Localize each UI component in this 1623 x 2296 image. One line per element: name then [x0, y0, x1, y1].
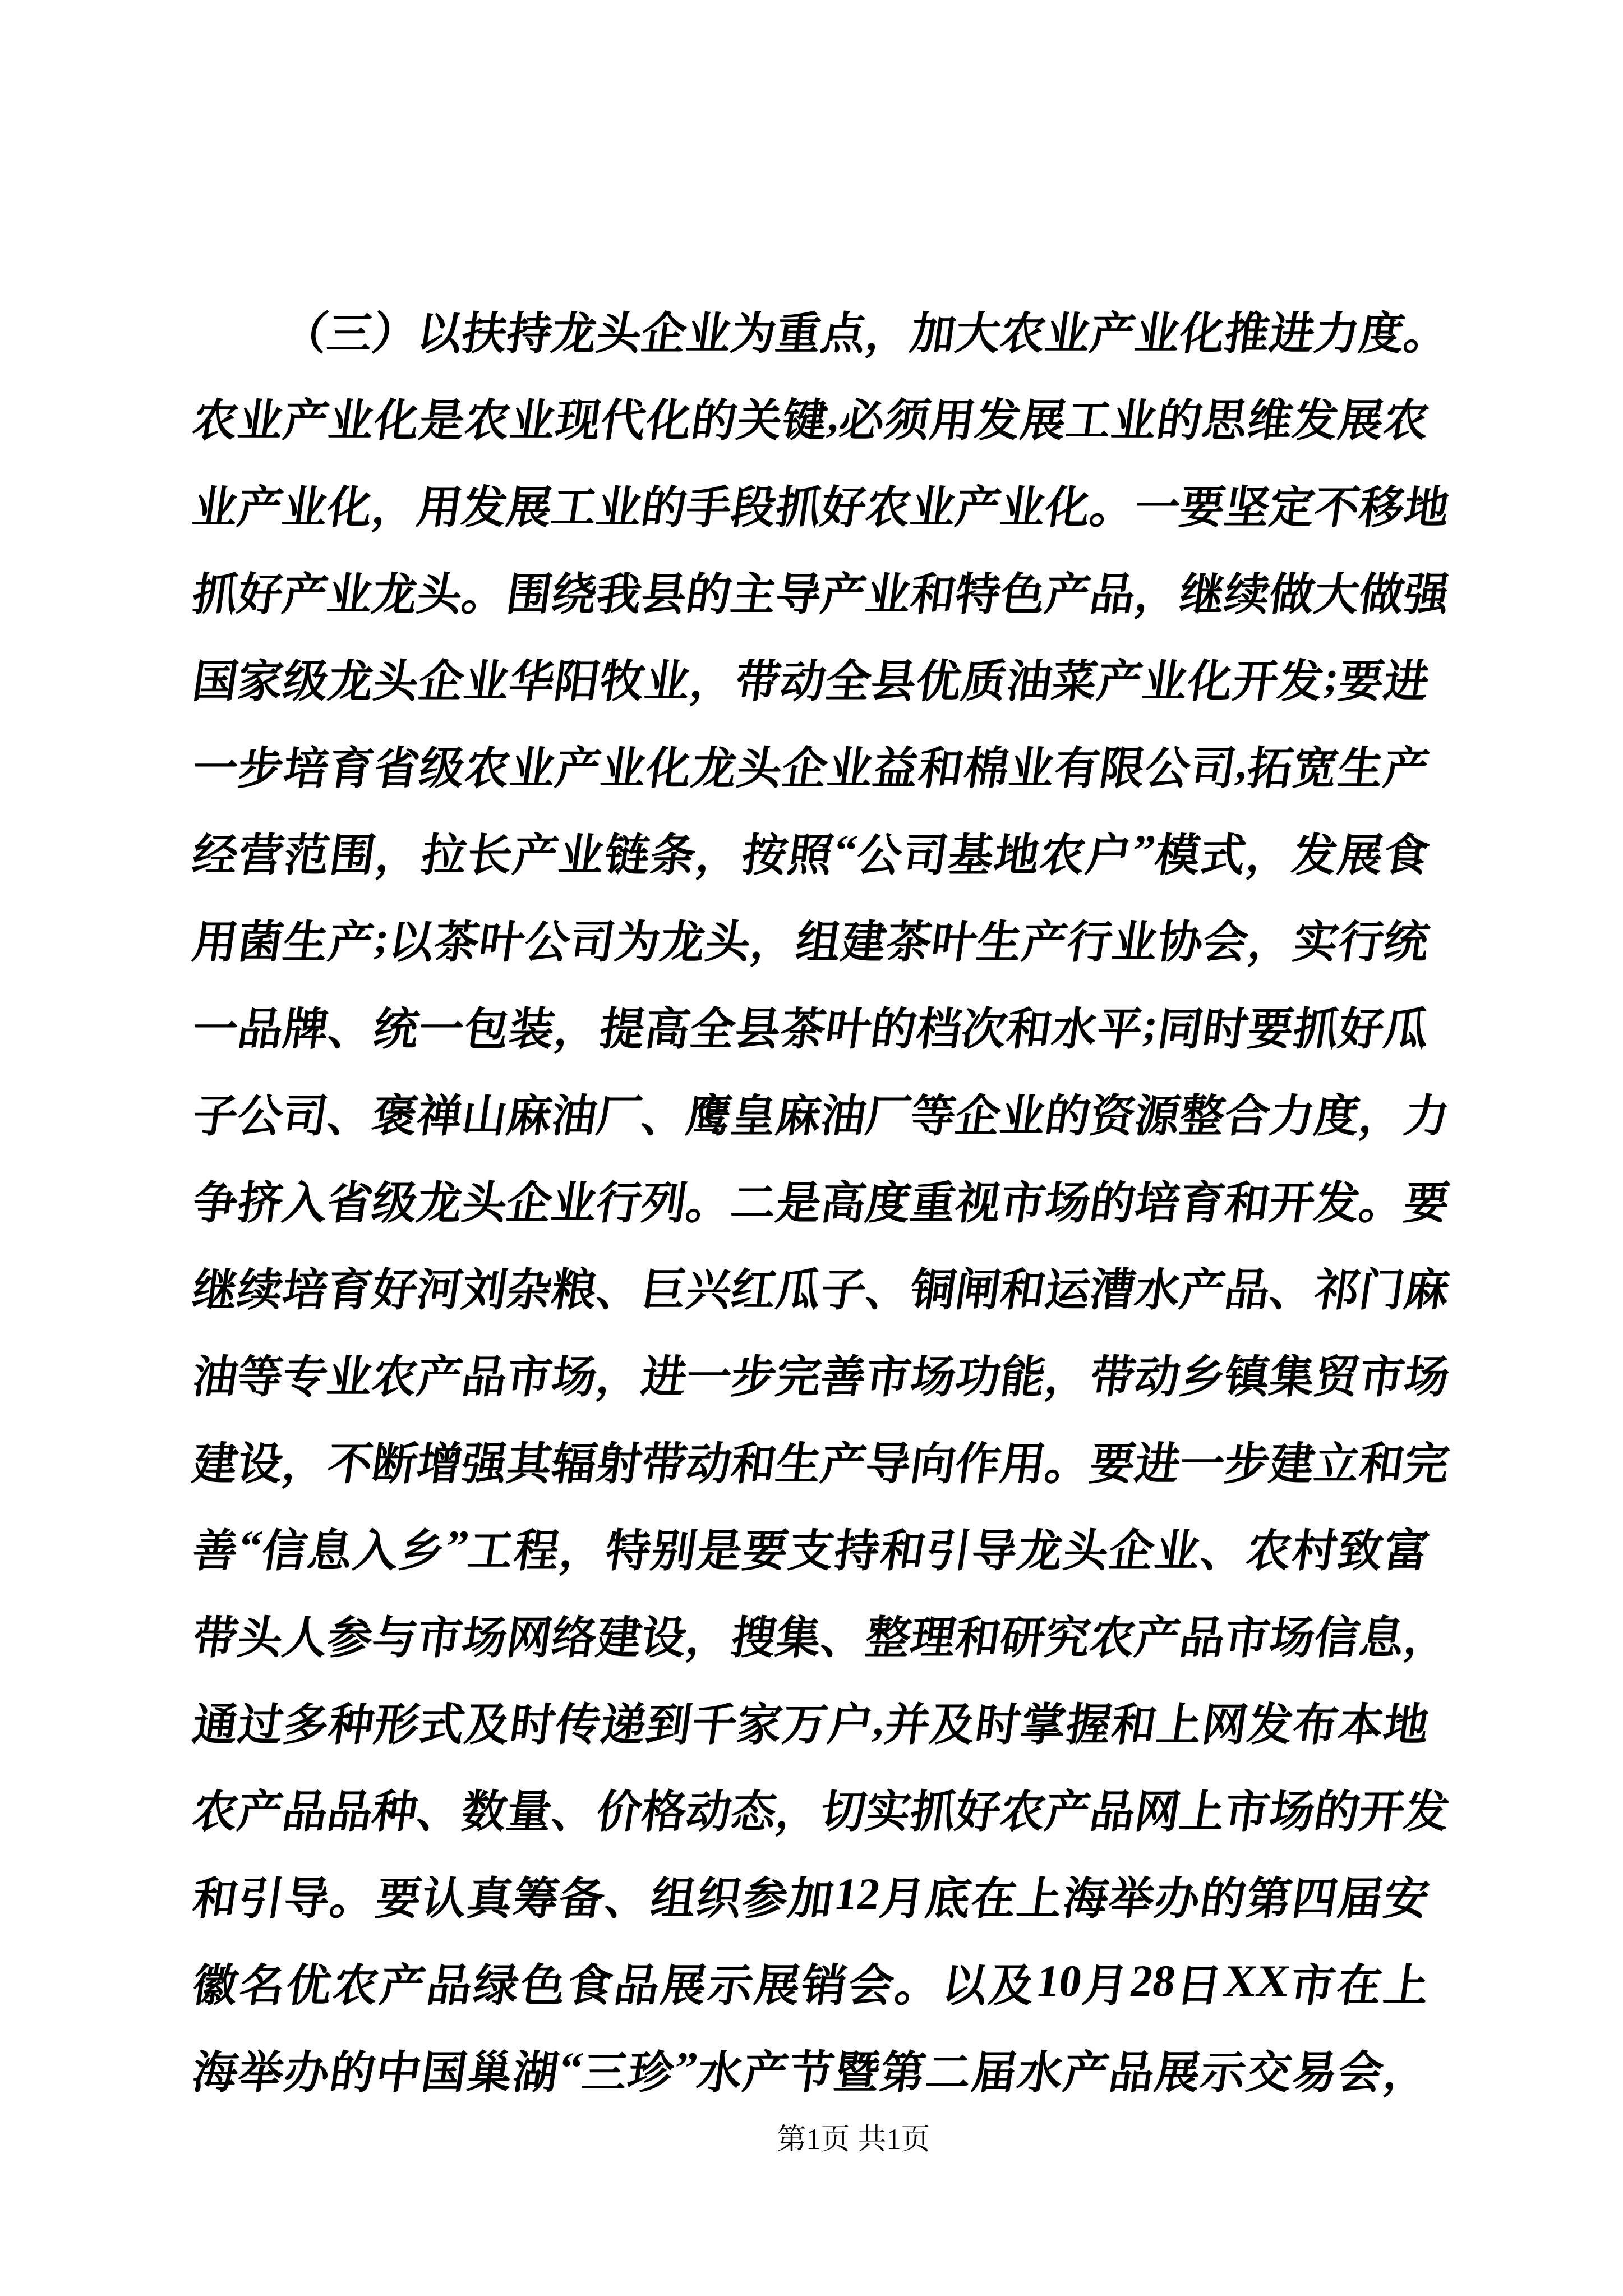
body-line: 业产业化，用发展工业的手段抓好农业产业化。一要坚定不移地 [187, 460, 1436, 547]
document-body: （三）以扶持龙头企业为重点，加大农业产业化推进力度。农业产业化是农业现代化的关键… [193, 286, 1430, 2112]
body-line: 一步培育省级农业产业化龙头企业益和棉业有限公司,拓宽生产 [187, 721, 1436, 808]
body-line: 争挤入省级龙头企业行列。二是高度重视市场的培育和开发。要 [187, 1156, 1436, 1243]
body-line: 油等专业农产品市场，进一步完善市场功能，带动乡镇集贸市场 [187, 1329, 1436, 1416]
document-page: （三）以扶持龙头企业为重点，加大农业产业化推进力度。农业产业化是农业现代化的关键… [0, 0, 1623, 2296]
body-line: 和引导。要认真筹备、组织参加12月底在上海举办的第四届安 [187, 1851, 1436, 1938]
body-line: 农产品品种、数量、价格动态，切实抓好农产品网上市场的开发 [187, 1764, 1436, 1851]
body-line: 抓好产业龙头。围绕我县的主导产业和特色产品，继续做大做强 [187, 547, 1436, 634]
body-line: 建设，不断增强其辐射带动和生产导向作用。要进一步建立和完 [187, 1416, 1436, 1503]
body-line: 一品牌、统一包装，提高全县茶叶的档次和水平;同时要抓好瓜 [187, 982, 1436, 1069]
body-line: 徽名优农产品绿色食品展示展销会。以及10月28日XX市在上 [187, 1938, 1436, 2025]
body-line: 用菌生产;以茶叶公司为龙头，组建茶叶生产行业协会，实行统 [187, 895, 1436, 982]
body-line: 通过多种形式及时传递到千家万户,并及时掌握和上网发布本地 [187, 1677, 1436, 1764]
body-line: 子公司、褒禅山麻油厂、鹰皇麻油厂等企业的资源整合力度，力 [187, 1069, 1436, 1156]
body-line: 海举办的中国巢湖“三珍”水产节暨第二届水产品展示交易会， [187, 2025, 1436, 2112]
page-number: 第1页 共1页 [777, 2124, 930, 2156]
page-footer: 第1页 共1页 [0, 2118, 1623, 2162]
body-line: 善“信息入乡”工程，特别是要支持和引导龙头企业、农村致富 [187, 1503, 1436, 1590]
body-line: 国家级龙头企业华阳牧业，带动全县优质油菜产业化开发;要进 [187, 634, 1436, 721]
body-line: （三）以扶持龙头企业为重点，加大农业产业化推进力度。 [187, 286, 1436, 373]
body-line: 继续培育好河刘杂粮、巨兴红瓜子、铜闸和运漕水产品、祁门麻 [187, 1243, 1436, 1329]
body-line: 经营范围，拉长产业链条，按照“公司基地农户”模式，发展食 [187, 808, 1436, 895]
body-line: 农业产业化是农业现代化的关键,必须用发展工业的思维发展农 [187, 373, 1436, 460]
body-line: 带头人参与市场网络建设，搜集、整理和研究农产品市场信息， [187, 1590, 1436, 1677]
